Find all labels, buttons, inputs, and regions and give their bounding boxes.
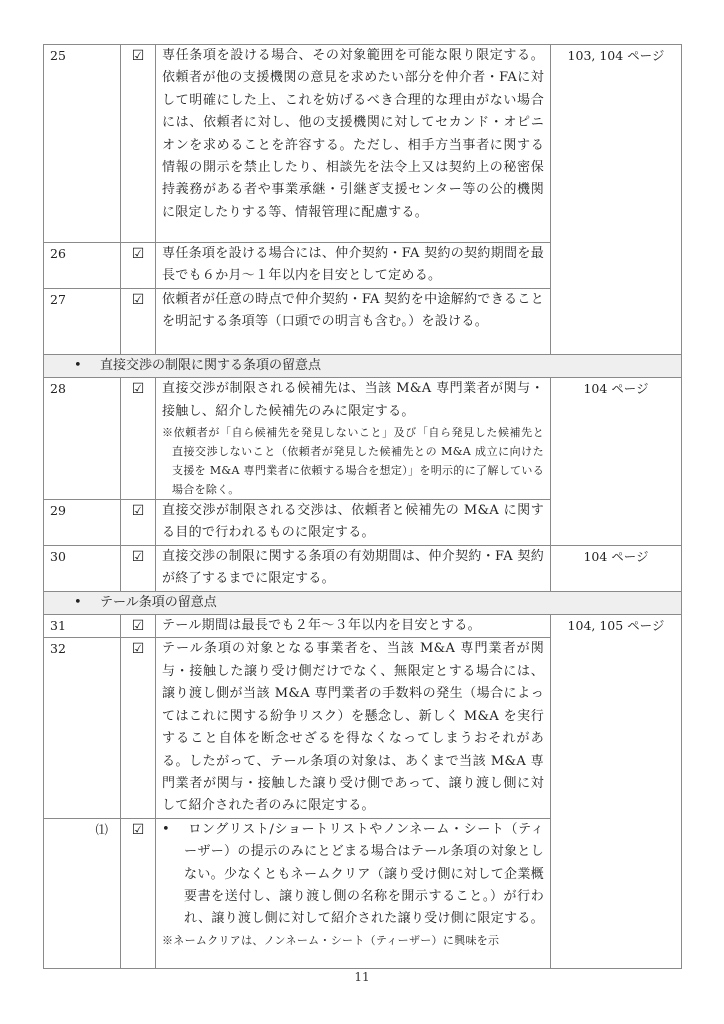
checkbox-checked-icon[interactable]: ☑ <box>121 378 156 500</box>
bullet-icon: • <box>162 819 188 841</box>
item-text: ロングリスト/ショートリストやノンネーム・シート（ティーザー）の提示のみにとどま… <box>184 822 544 927</box>
section-header: •直接交渉の制限に関する条項の留意点 <box>44 354 682 377</box>
item-text: 依頼者が任意の時点で仲介契約・FA 契約を中途解約できることを明記する条項等（口… <box>156 288 551 354</box>
item-number: 32 <box>44 638 121 818</box>
item-number: 27 <box>44 288 121 354</box>
checkbox-checked-icon[interactable]: ☑ <box>121 500 156 546</box>
item-text: 専任条項を設ける場合、その対象範囲を可能な限り限定する。依頼者が他の支援機関の意… <box>156 45 551 243</box>
section-title: 直接交渉の制限に関する条項の留意点 <box>100 358 321 373</box>
checkbox-checked-icon[interactable]: ☑ <box>121 638 156 818</box>
page-reference: 104 ページ <box>551 378 682 546</box>
item-text: 直接交渉が制限される候補先は、当該 M&A 専門業者が関与・接触し、紹介した候補… <box>162 378 544 423</box>
page-reference: 104 ページ <box>551 545 682 591</box>
section-title: テール条項の留意点 <box>100 595 217 610</box>
document-page: 25 ☑ 専任条項を設ける場合、その対象範囲を可能な限り限定する。依頼者が他の支… <box>0 0 724 1024</box>
sub-item-number: ⑴ <box>44 818 121 968</box>
item-number: 25 <box>44 45 121 243</box>
item-text: 専任条項を設ける場合には、仲介契約・FA 契約の契約期間を最長でも６か月～１年以… <box>156 243 551 289</box>
item-text: 直接交渉の制限に関する条項の有効期間は、仲介契約・FA 契約が終了するまでに限定… <box>156 545 551 591</box>
page-reference: 104, 105 ページ <box>551 615 682 969</box>
item-number: 26 <box>44 243 121 289</box>
item-text: テール期間は最長でも２年～３年以内を目安とする。 <box>156 615 551 638</box>
item-number: 29 <box>44 500 121 546</box>
checkbox-checked-icon[interactable]: ☑ <box>121 615 156 638</box>
item-text: 直接交渉が制限される交渉は、依頼者と候補先の M&A に関する目的で行われるもの… <box>156 500 551 546</box>
item-note: ※依頼者が「自ら候補先を発見しないこと」及び「自ら発見した候補先と直接交渉しない… <box>162 423 544 499</box>
item-number: 28 <box>44 378 121 500</box>
table-row: 30 ☑ 直接交渉の制限に関する条項の有効期間は、仲介契約・FA 契約が終了する… <box>44 545 682 591</box>
checkbox-checked-icon[interactable]: ☑ <box>121 545 156 591</box>
item-number: 31 <box>44 615 121 638</box>
checkbox-checked-icon[interactable]: ☑ <box>121 818 156 968</box>
table-row: 31 ☑ テール期間は最長でも２年～３年以内を目安とする。 104, 105 ペ… <box>44 615 682 638</box>
section-header: •テール条項の留意点 <box>44 591 682 614</box>
table-row: 25 ☑ 専任条項を設ける場合、その対象範囲を可能な限り限定する。依頼者が他の支… <box>44 45 682 243</box>
page-reference: 103, 104 ページ <box>551 45 682 355</box>
page-number: 11 <box>0 970 724 984</box>
checkbox-checked-icon[interactable]: ☑ <box>121 288 156 354</box>
item-text-with-note: 直接交渉が制限される候補先は、当該 M&A 専門業者が関与・接触し、紹介した候補… <box>156 378 551 500</box>
item-text: テール条項の対象となる事業者を、当該 M&A 専門業者が関与・接触した譲り受け側… <box>156 638 551 818</box>
bullet-item: •ロングリスト/ショートリストやノンネーム・シート（ティーザー）の提示のみにとど… <box>162 819 544 931</box>
table-row: 28 ☑ 直接交渉が制限される候補先は、当該 M&A 専門業者が関与・接触し、紹… <box>44 378 682 500</box>
checkbox-checked-icon[interactable]: ☑ <box>121 45 156 243</box>
bullet-icon: • <box>74 355 100 377</box>
checkbox-checked-icon[interactable]: ☑ <box>121 243 156 289</box>
item-note: ※ネームクリアは、ノンネーム・シート（ティーザー）に興味を示 <box>162 931 544 950</box>
bullet-icon: • <box>74 592 100 614</box>
item-text-with-note: •ロングリスト/ショートリストやノンネーム・シート（ティーザー）の提示のみにとど… <box>156 818 551 968</box>
checklist-table: 25 ☑ 専任条項を設ける場合、その対象範囲を可能な限り限定する。依頼者が他の支… <box>43 44 682 969</box>
item-number: 30 <box>44 545 121 591</box>
